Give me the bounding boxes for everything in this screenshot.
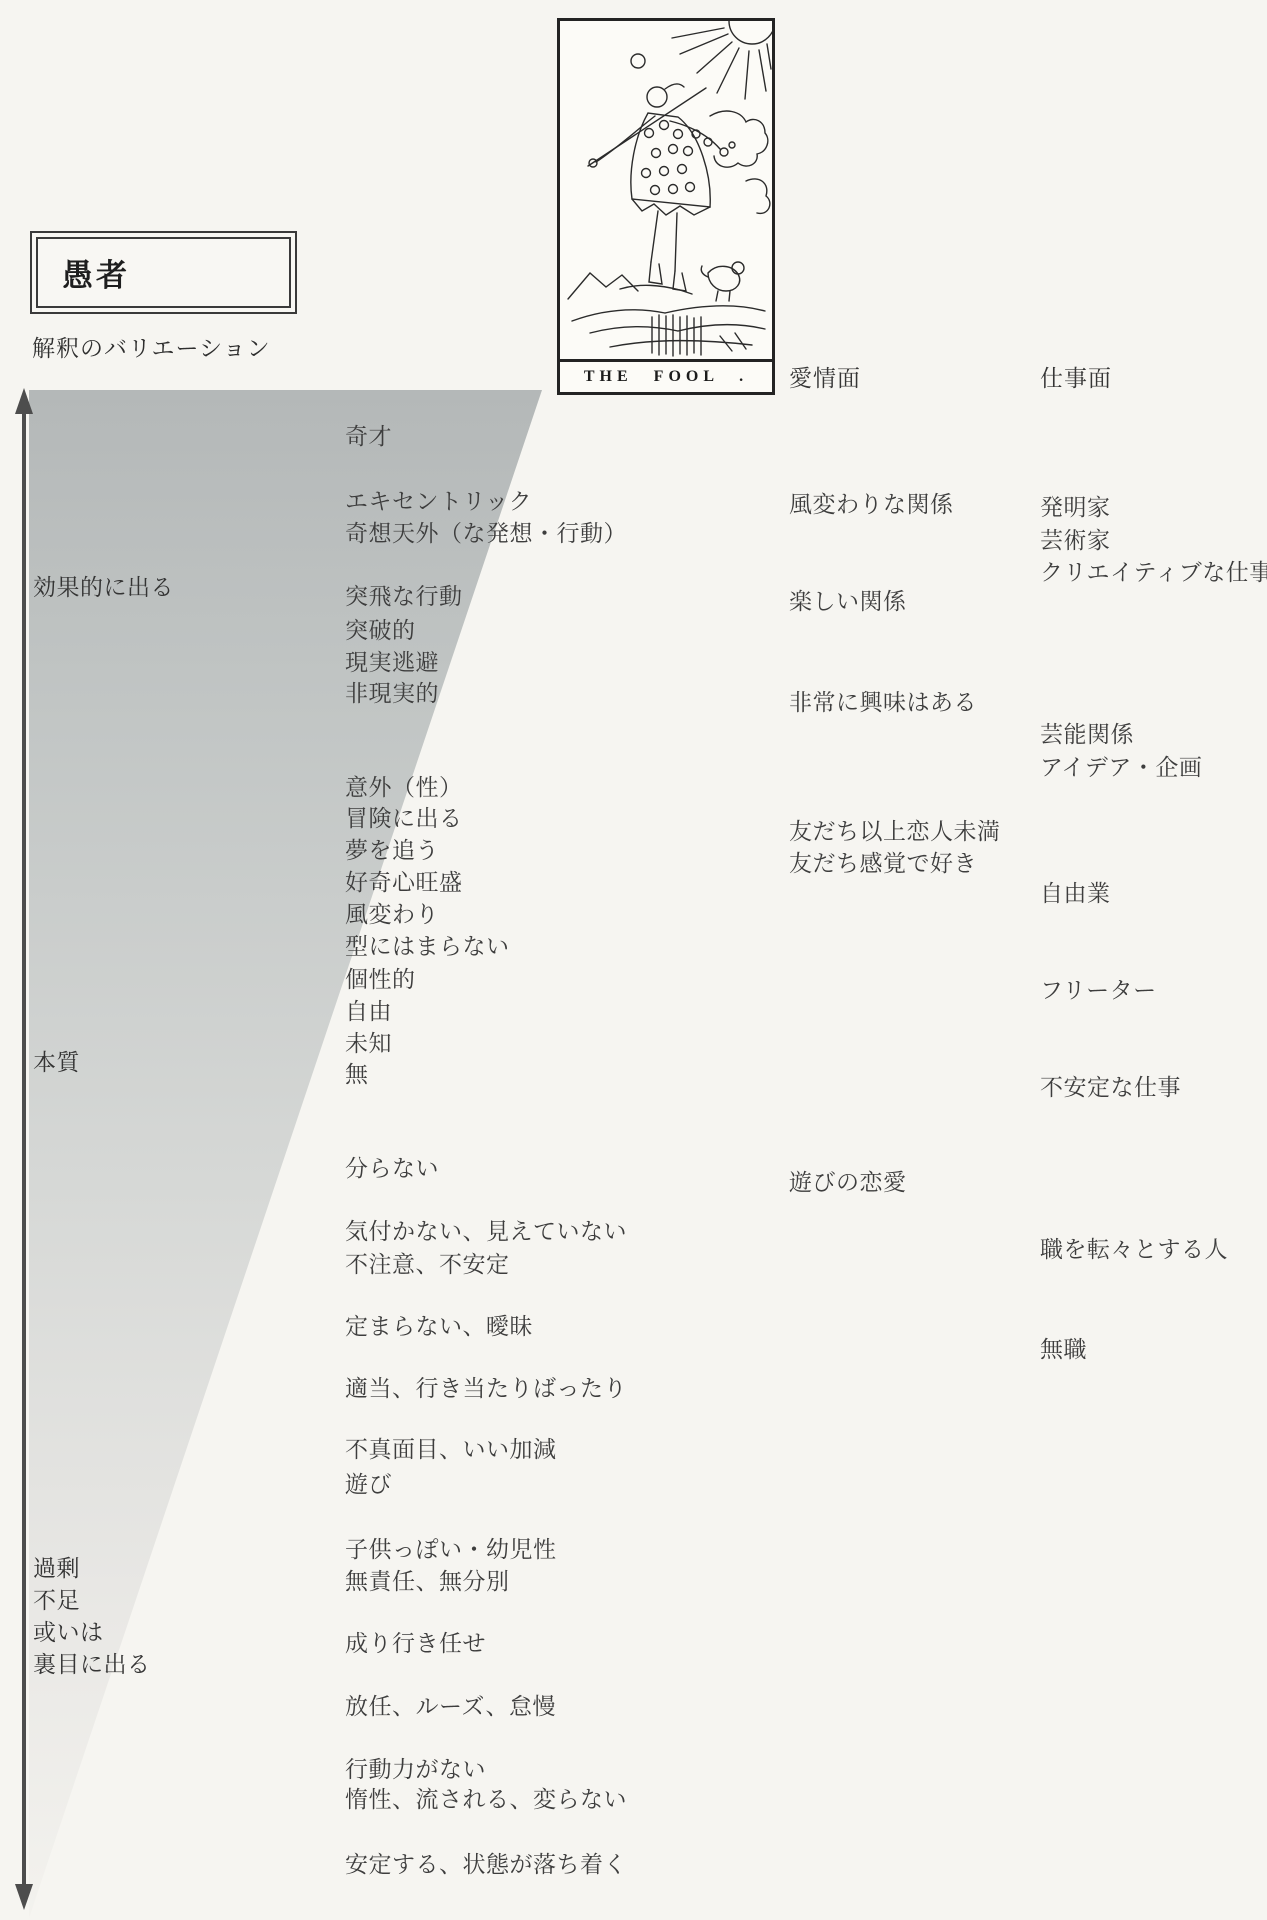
keyword-item: 奇才	[345, 421, 392, 451]
keyword-item: 未知	[345, 1028, 392, 1058]
keyword-item: 無	[345, 1059, 369, 1089]
work-column: 発明家芸術家クリエイティブな仕事芸能関係アイデア・企画自由業フリーター不安定な仕…	[1040, 0, 1267, 1920]
keyword-item: 惰性、流される、変らない	[345, 1784, 627, 1814]
work-item: 芸術家	[1040, 525, 1111, 555]
work-item: フリーター	[1040, 975, 1157, 1005]
love-item: 友だち以上恋人未満	[789, 816, 1001, 846]
work-item: 自由業	[1040, 878, 1111, 908]
keyword-item: 奇想天外（な発想・行動）	[345, 518, 627, 548]
work-item: 職を転々とする人	[1040, 1234, 1228, 1264]
arrow-up-icon	[15, 388, 33, 414]
love-item: 風変わりな関係	[789, 489, 954, 519]
arrow-down-icon	[15, 1884, 33, 1910]
keyword-item: 気付かない、見えていない	[345, 1216, 627, 1246]
keyword-item: 分らない	[345, 1153, 439, 1183]
tarot-card: THE FOOL .	[557, 18, 775, 395]
work-item: アイデア・企画	[1040, 752, 1202, 782]
work-item: 芸能関係	[1040, 719, 1134, 749]
keyword-item: 冒険に出る	[345, 803, 463, 833]
keyword-item: 定まらない、曖昧	[345, 1311, 533, 1341]
axis-label: 或いは	[33, 1617, 104, 1647]
keyword-item: 好奇心旺盛	[345, 867, 463, 897]
axis-label: 効果的に出る	[33, 572, 174, 602]
keyword-item: 子供っぽい・幼児性	[345, 1534, 557, 1564]
fool-illustration	[560, 21, 772, 362]
work-item: 発明家	[1040, 492, 1111, 522]
keyword-item: 意外（性）	[345, 772, 463, 802]
keyword-item: 遊び	[345, 1469, 392, 1499]
keyword-item: 突飛な行動	[345, 581, 463, 611]
keyword-item: 個性的	[345, 964, 416, 994]
love-item: 遊びの恋愛	[789, 1167, 907, 1197]
keyword-item: 夢を追う	[345, 835, 439, 865]
keyword-item: 行動力がない	[345, 1754, 486, 1784]
love-item: 楽しい関係	[789, 586, 907, 616]
axis-label: 不足	[33, 1585, 80, 1615]
keyword-item: 安定する、状態が落ち着く	[345, 1849, 627, 1879]
keyword-item: エキセントリック	[345, 486, 532, 516]
work-item: 無職	[1040, 1334, 1087, 1364]
keyword-item: 風変わり	[345, 899, 439, 929]
card-caption: THE FOOL .	[560, 359, 772, 392]
love-item: 非常に興味はある	[789, 687, 977, 717]
keyword-item: 不真面目、いい加減	[345, 1434, 557, 1464]
document-page: 愚者 解釈のバリエーション	[0, 0, 1267, 1920]
keyword-item: 成り行き任せ	[345, 1628, 486, 1658]
axis-label: 裏目に出る	[33, 1649, 151, 1679]
axis-labels: 効果的に出る本質過剰不足或いは裏目に出る	[33, 0, 253, 1920]
keyword-item: 無責任、無分別	[345, 1566, 510, 1596]
keyword-item: 非現実的	[345, 678, 439, 708]
keyword-item: 適当、行き当たりばったり	[345, 1373, 627, 1403]
love-column: 風変わりな関係楽しい関係非常に興味はある友だち以上恋人未満友だち感覚で好き遊びの…	[789, 0, 1049, 1920]
work-item: 不安定な仕事	[1040, 1072, 1181, 1102]
keyword-item: 不注意、不安定	[345, 1249, 510, 1279]
keyword-item: 放任、ルーズ、怠慢	[345, 1691, 556, 1721]
love-item: 友だち感覚で好き	[789, 848, 977, 878]
keyword-item: 突破的	[345, 615, 416, 645]
axis-label: 過剰	[33, 1553, 80, 1583]
work-item: クリエイティブな仕事	[1040, 557, 1267, 587]
keyword-item: 自由	[345, 996, 392, 1026]
keyword-item: 型にはまらない	[345, 931, 510, 961]
axis-label: 本質	[33, 1047, 80, 1077]
keyword-item: 現実逃避	[345, 647, 439, 677]
